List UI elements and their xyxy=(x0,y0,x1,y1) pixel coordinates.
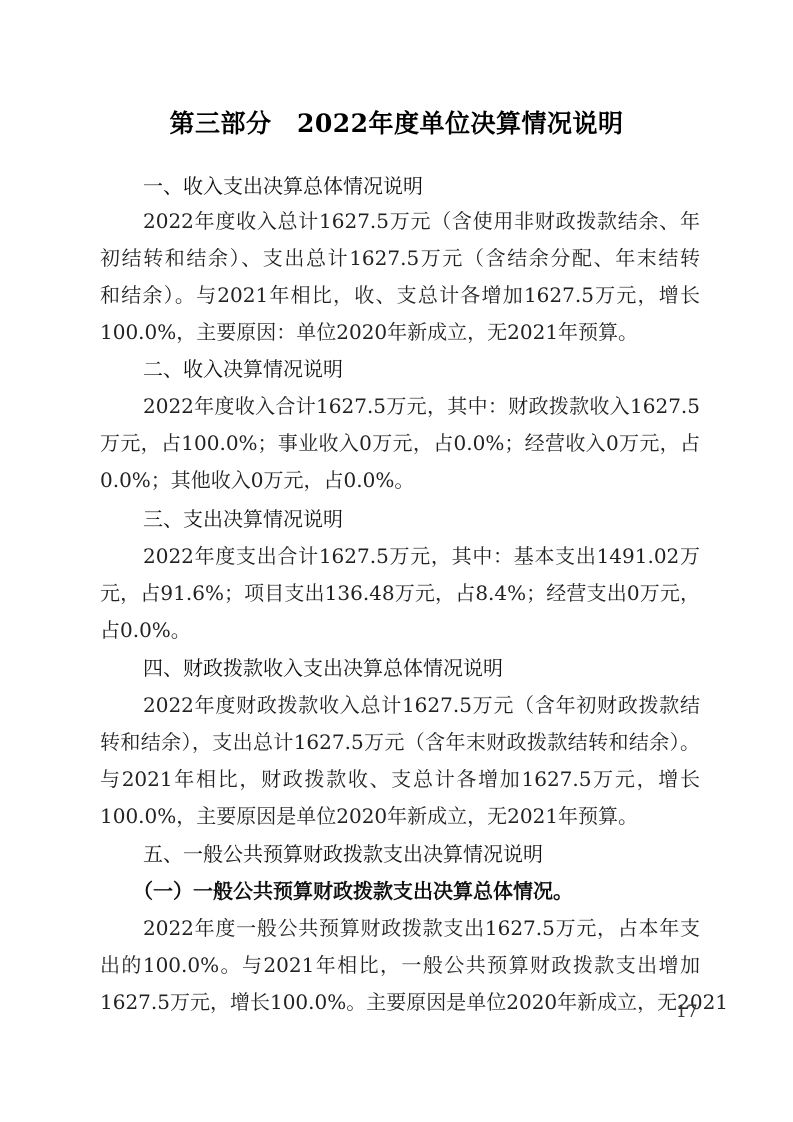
paragraph-line: 1627.5万元，增长100.0%。主要原因是单位2020年新成立，无2021 xyxy=(100,986,700,1015)
section-heading-3: 三、支出决算情况说明 xyxy=(143,503,343,532)
paragraph-line: 出的100.0%。与2021年相比，一般公共预算财政拨款支出增加 xyxy=(100,949,700,978)
section-heading-5: 五、一般公共预算财政拨款支出决算情况说明 xyxy=(143,838,543,867)
paragraph-line: 2022年度财政拨款收入总计1627.5万元（含年初财政拨款结 xyxy=(143,689,700,718)
paragraph-line: 100.0%，主要原因：单位2020年新成立，无2021年预算。 xyxy=(100,316,700,345)
paragraph-line: 2022年度收入总计1627.5万元（含使用非财政拨款结余、年 xyxy=(143,205,700,234)
page-title: 第三部分 2022年度单位决算情况说明 xyxy=(0,104,793,140)
paragraph-line: 2022年度收入合计1627.5万元，其中：财政拨款收入1627.5 xyxy=(143,390,700,419)
paragraph-line: 2022年度支出合计1627.5万元，其中：基本支出1491.02万 xyxy=(143,540,700,569)
paragraph-line: 元，占91.6%；项目支出136.48万元，占8.4%；经营支出0万元， xyxy=(100,577,700,606)
subsection-heading: （一）一般公共预算财政拨款支出决算总体情况。 xyxy=(133,875,573,904)
section-heading-1: 一、收入支出决算总体情况说明 xyxy=(143,170,423,199)
paragraph-line: 0.0%；其他收入0万元，占0.0%。 xyxy=(100,464,700,493)
paragraph-line: 占0.0%。 xyxy=(100,614,700,643)
section-heading-2: 二、收入决算情况说明 xyxy=(143,353,343,382)
document-page: 第三部分 2022年度单位决算情况说明 一、收入支出决算总体情况说明 2022年… xyxy=(0,0,793,1122)
page-number: 17 xyxy=(676,1002,698,1022)
paragraph-line: 初结转和结余）、支出总计1627.5万元（含结余分配、年末结转 xyxy=(100,242,700,271)
paragraph-line: 转和结余），支出总计1627.5万元（含年末财政拨款结转和结余）。 xyxy=(100,726,700,755)
paragraph-line: 100.0%，主要原因是单位2020年新成立，无2021年预算。 xyxy=(100,800,700,829)
paragraph-line: 2022年度一般公共预算财政拨款支出1627.5万元，占本年支 xyxy=(143,912,700,941)
paragraph-line: 与2021年相比，财政拨款收、支总计各增加1627.5万元，增长 xyxy=(100,763,700,792)
section-heading-4: 四、财政拨款收入支出决算总体情况说明 xyxy=(143,652,503,681)
paragraph-line: 万元，占100.0%；事业收入0万元，占0.0%；经营收入0万元，占 xyxy=(100,427,700,456)
paragraph-line: 和结余）。与2021年相比，收、支总计各增加1627.5万元，增长 xyxy=(100,279,700,308)
